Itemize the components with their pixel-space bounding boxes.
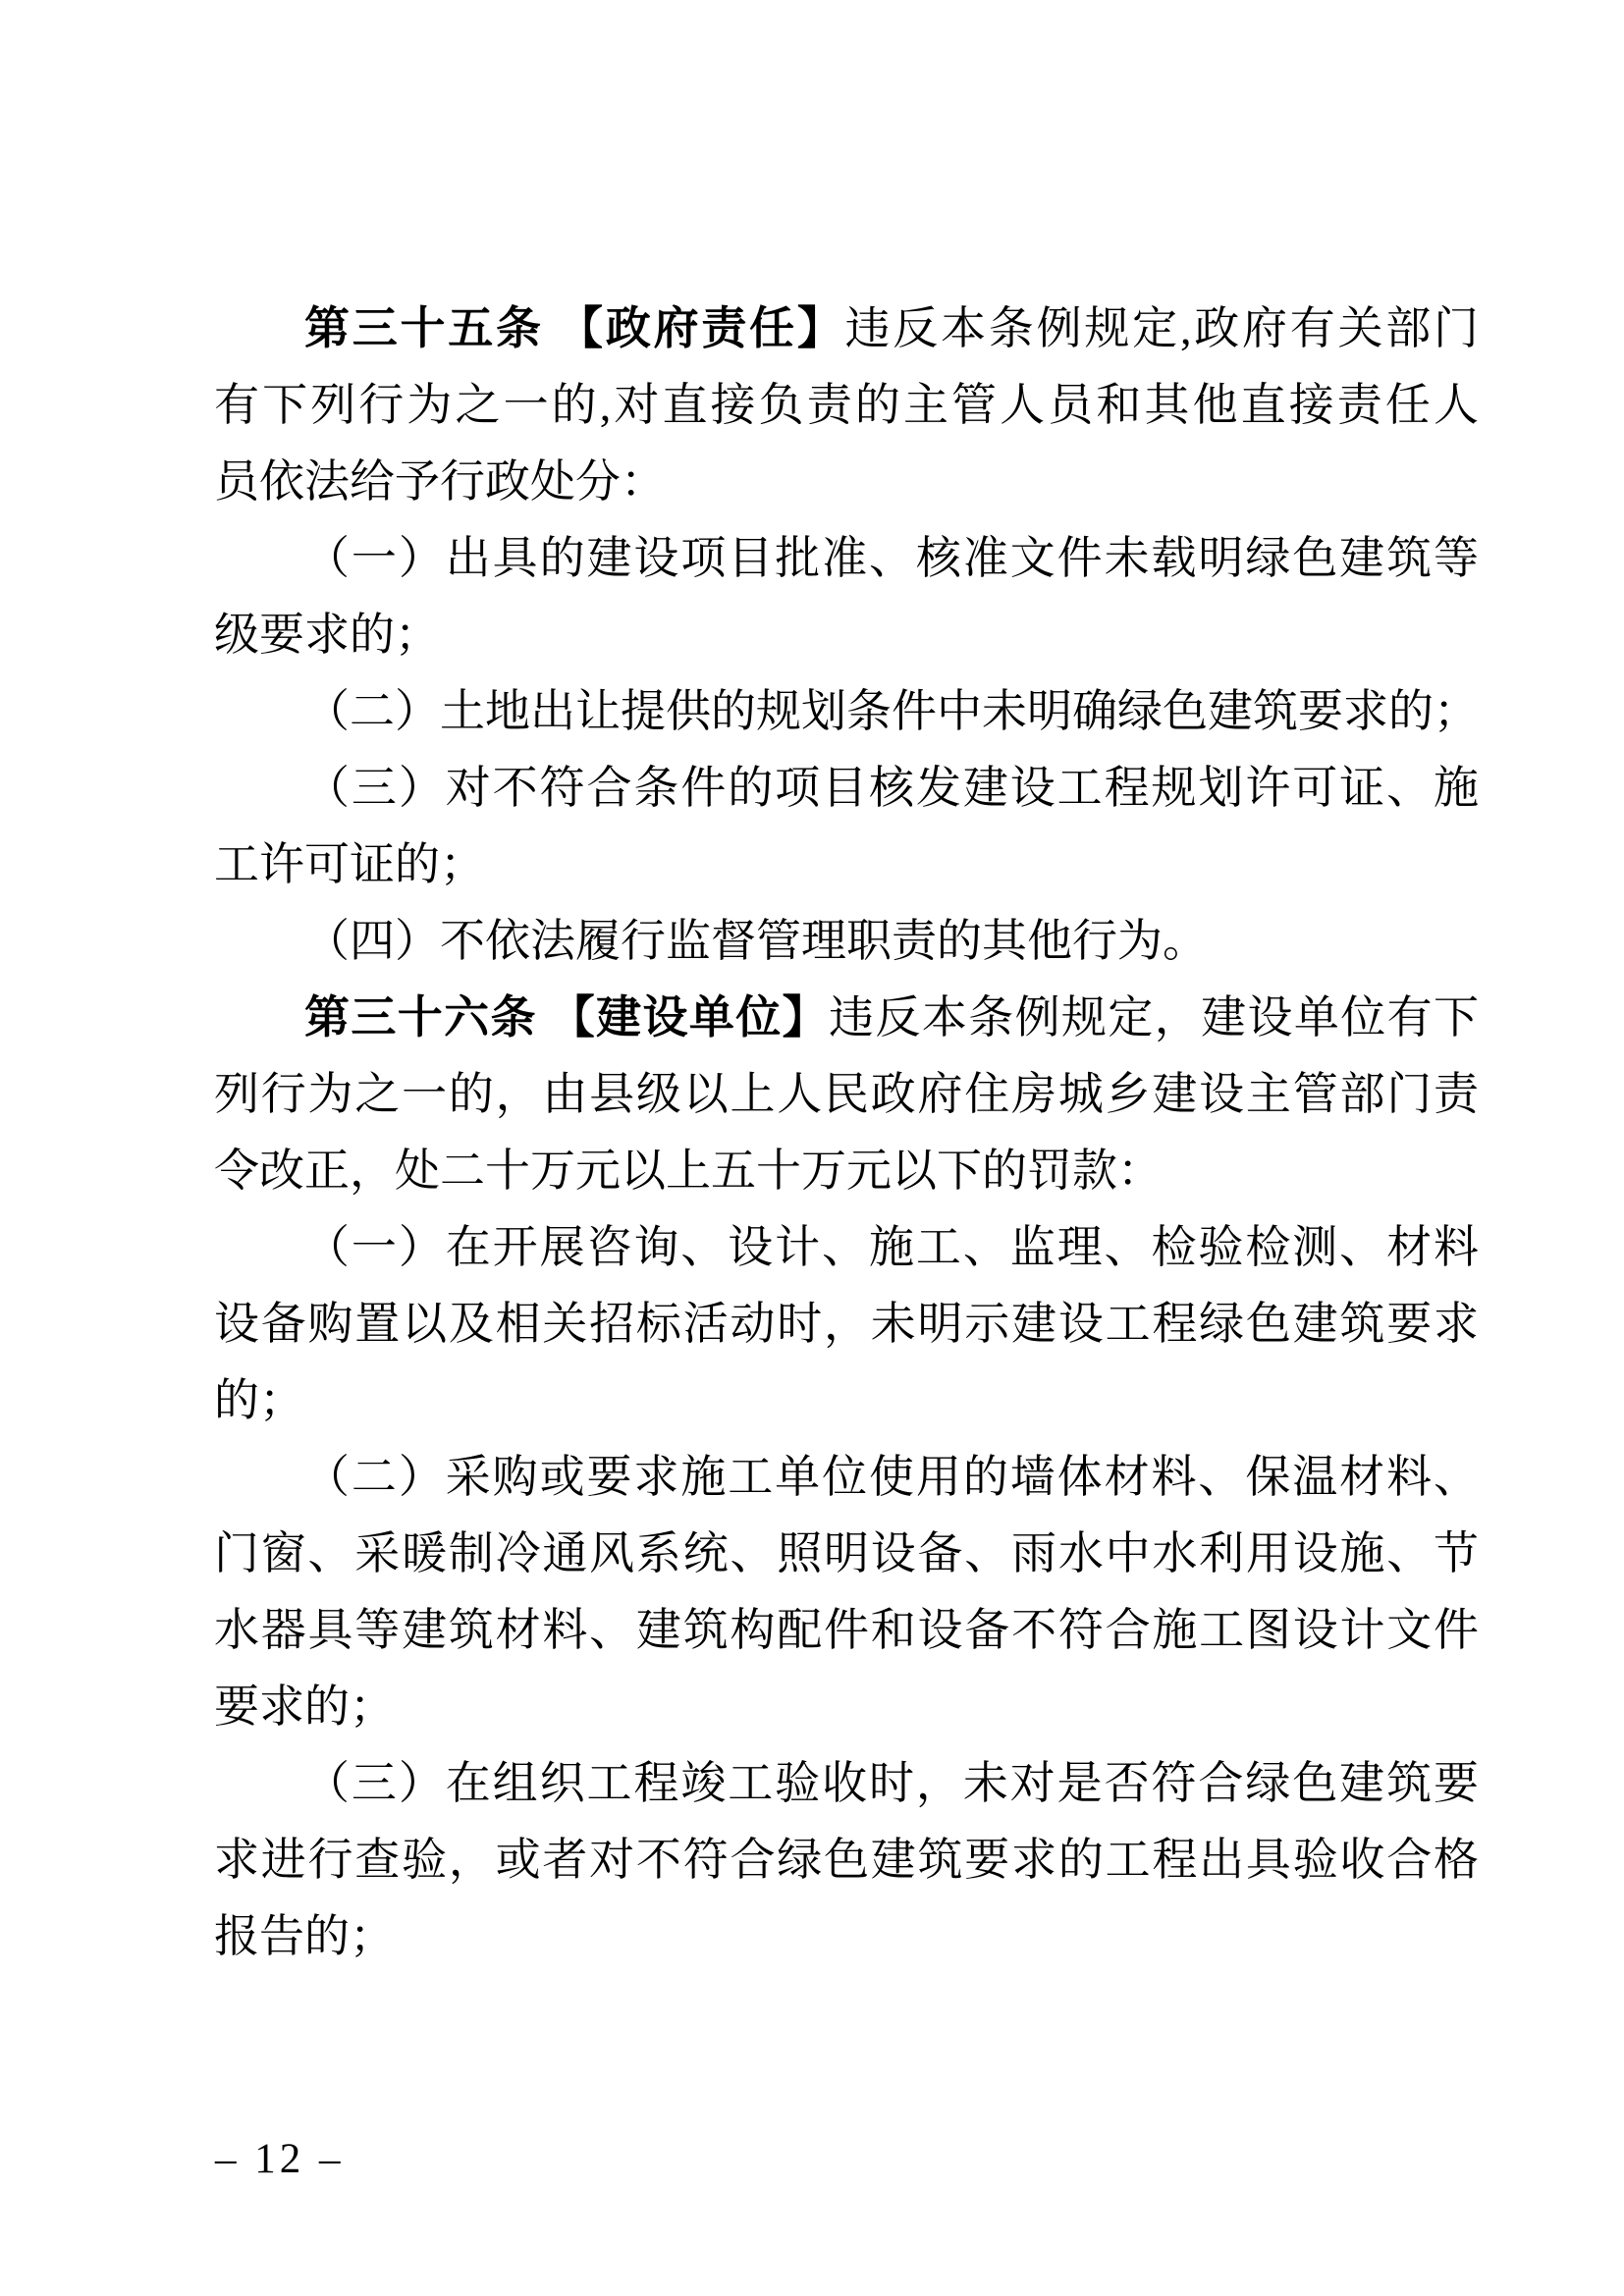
text-run: 的； <box>214 1375 304 1425</box>
text-line: 工许可证的； <box>214 827 1479 903</box>
text-run: 有下列行为之一的,对直接负责的主管人员和其他直接责任人 <box>214 380 1479 430</box>
text-line: 第三十五条 【政府责任】违反本条例规定,政府有关部门 <box>214 291 1479 367</box>
text-run: 求进行查验，或者对不符合绿色建筑要求的工程出具验收合格 <box>214 1835 1479 1885</box>
text-line: （三）在组织工程竣工验收时，未对是否符合绿色建筑要 <box>214 1745 1479 1822</box>
text-run: 级要求的； <box>214 610 440 660</box>
text-line: 的； <box>214 1362 1479 1439</box>
text-line: 设备购置以及相关招标活动时，未明示建设工程绿色建筑要求 <box>214 1286 1479 1362</box>
text-line: （三）对不符合条件的项目核发建设工程规划许可证、施 <box>214 750 1479 827</box>
text-line: 门窗、采暖制冷通风系统、照明设备、雨水中水利用设施、节 <box>214 1516 1479 1592</box>
page-number: – 12 – <box>215 2136 345 2183</box>
document-page: 第三十五条 【政府责任】违反本条例规定,政府有关部门有下列行为之一的,对直接负责… <box>0 0 1624 2296</box>
text-line: 列行为之一的，由县级以上人民政府住房城乡建设主管部门责 <box>214 1056 1479 1133</box>
text-run: （一）在开展咨询、设计、施工、监理、检验检测、材料 <box>304 1222 1479 1272</box>
text-run: 水器具等建筑材料、建筑构配件和设备不符合施工图设计文件 <box>214 1605 1479 1655</box>
text-run: 要求的； <box>214 1682 395 1732</box>
text-block: 第三十五条 【政府责任】违反本条例规定,政府有关部门有下列行为之一的,对直接负责… <box>214 291 1479 1975</box>
text-run: （二）采购或要求施工单位使用的墙体材料、保温材料、 <box>304 1452 1479 1502</box>
text-line: 员依法给予行政处分： <box>214 444 1479 520</box>
text-run: （三）在组织工程竣工验收时，未对是否符合绿色建筑要 <box>304 1758 1479 1808</box>
text-run: 报告的； <box>214 1911 395 1961</box>
text-line: （二）土地出让提供的规划条件中未明确绿色建筑要求的； <box>214 673 1479 750</box>
text-line: （一）出具的建设项目批准、核准文件未载明绿色建筑等 <box>214 520 1479 597</box>
text-run: （三）对不符合条件的项目核发建设工程规划许可证、施 <box>304 763 1479 813</box>
text-line: 级要求的； <box>214 597 1479 673</box>
text-line: （四）不依法履行监督管理职责的其他行为。 <box>214 903 1479 980</box>
text-run: 列行为之一的，由县级以上人民政府住房城乡建设主管部门责 <box>214 1069 1479 1119</box>
text-run: 工许可证的； <box>214 839 485 889</box>
article-heading-run: 第三十六条 【建设单位】 <box>304 992 829 1042</box>
text-run: 违反本条例规定，建设单位有下 <box>829 992 1479 1042</box>
text-line: 水器具等建筑材料、建筑构配件和设备不符合施工图设计文件 <box>214 1592 1479 1669</box>
article-heading-run: 第三十五条 【政府责任】 <box>304 303 845 353</box>
text-run: （二）土地出让提供的规划条件中未明确绿色建筑要求的； <box>304 686 1479 736</box>
text-run: 令改正，处二十万元以上五十万元以下的罚款： <box>214 1146 1163 1196</box>
text-line: 要求的； <box>214 1669 1479 1745</box>
text-line: （二）采购或要求施工单位使用的墙体材料、保温材料、 <box>214 1439 1479 1516</box>
text-run: 设备购置以及相关招标活动时，未明示建设工程绿色建筑要求 <box>214 1299 1479 1349</box>
text-line: （一）在开展咨询、设计、施工、监理、检验检测、材料 <box>214 1209 1479 1286</box>
text-run: （四）不依法履行监督管理职责的其他行为。 <box>304 916 1208 966</box>
text-line: 报告的； <box>214 1898 1479 1975</box>
text-run: （一）出具的建设项目批准、核准文件未载明绿色建筑等 <box>304 533 1479 583</box>
text-line: 令改正，处二十万元以上五十万元以下的罚款： <box>214 1133 1479 1209</box>
text-run: 门窗、采暖制冷通风系统、照明设备、雨水中水利用设施、节 <box>214 1528 1479 1578</box>
text-line: 有下列行为之一的,对直接负责的主管人员和其他直接责任人 <box>214 367 1479 444</box>
text-line: 第三十六条 【建设单位】违反本条例规定，建设单位有下 <box>214 980 1479 1056</box>
text-run: 员依法给予行政处分： <box>214 456 666 507</box>
text-run: 违反本条例规定,政府有关部门 <box>845 303 1479 353</box>
text-line: 求进行查验，或者对不符合绿色建筑要求的工程出具验收合格 <box>214 1822 1479 1898</box>
